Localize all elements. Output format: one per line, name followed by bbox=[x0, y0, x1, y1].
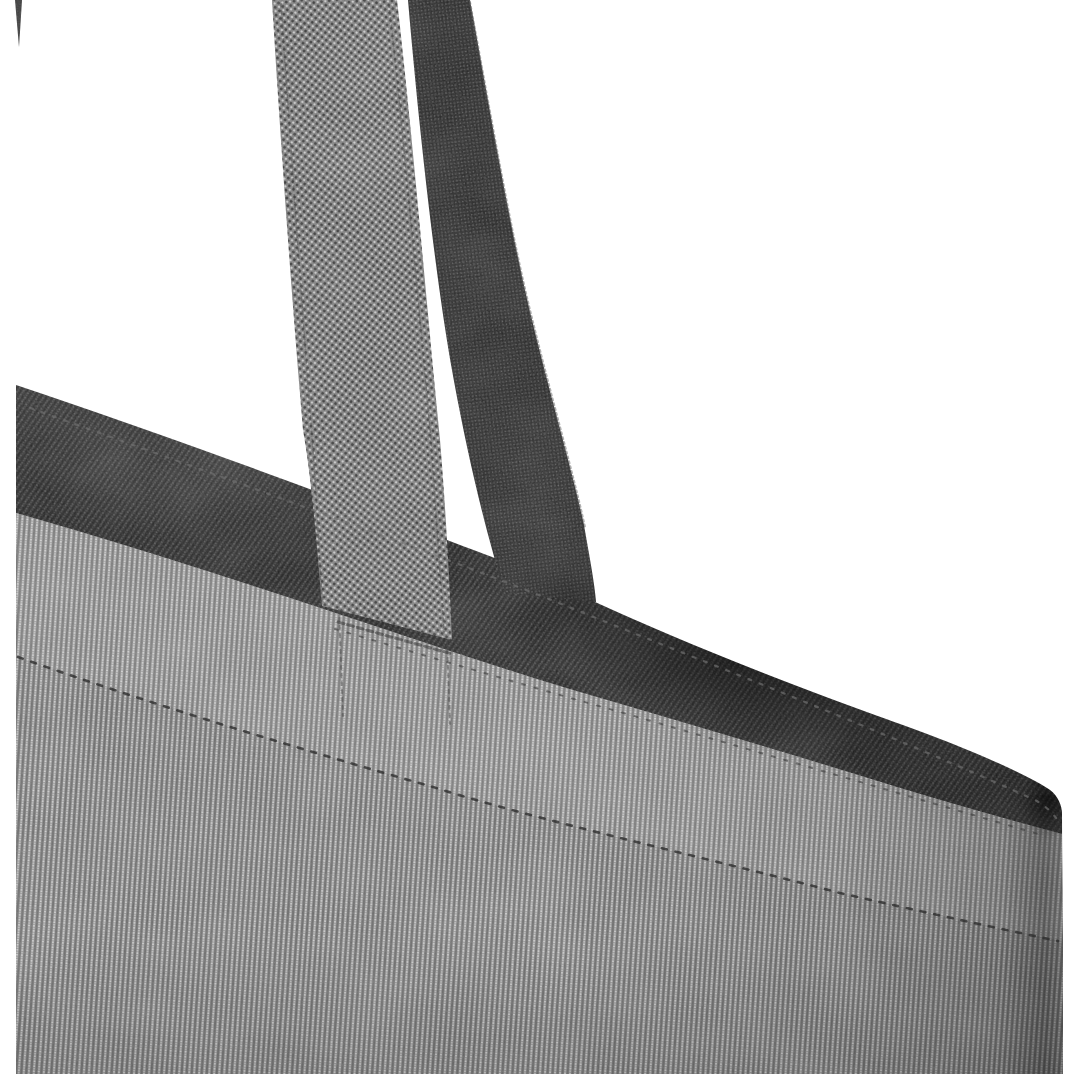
product-photo bbox=[0, 0, 1080, 1080]
tote-bag-photo bbox=[0, 0, 1080, 1080]
